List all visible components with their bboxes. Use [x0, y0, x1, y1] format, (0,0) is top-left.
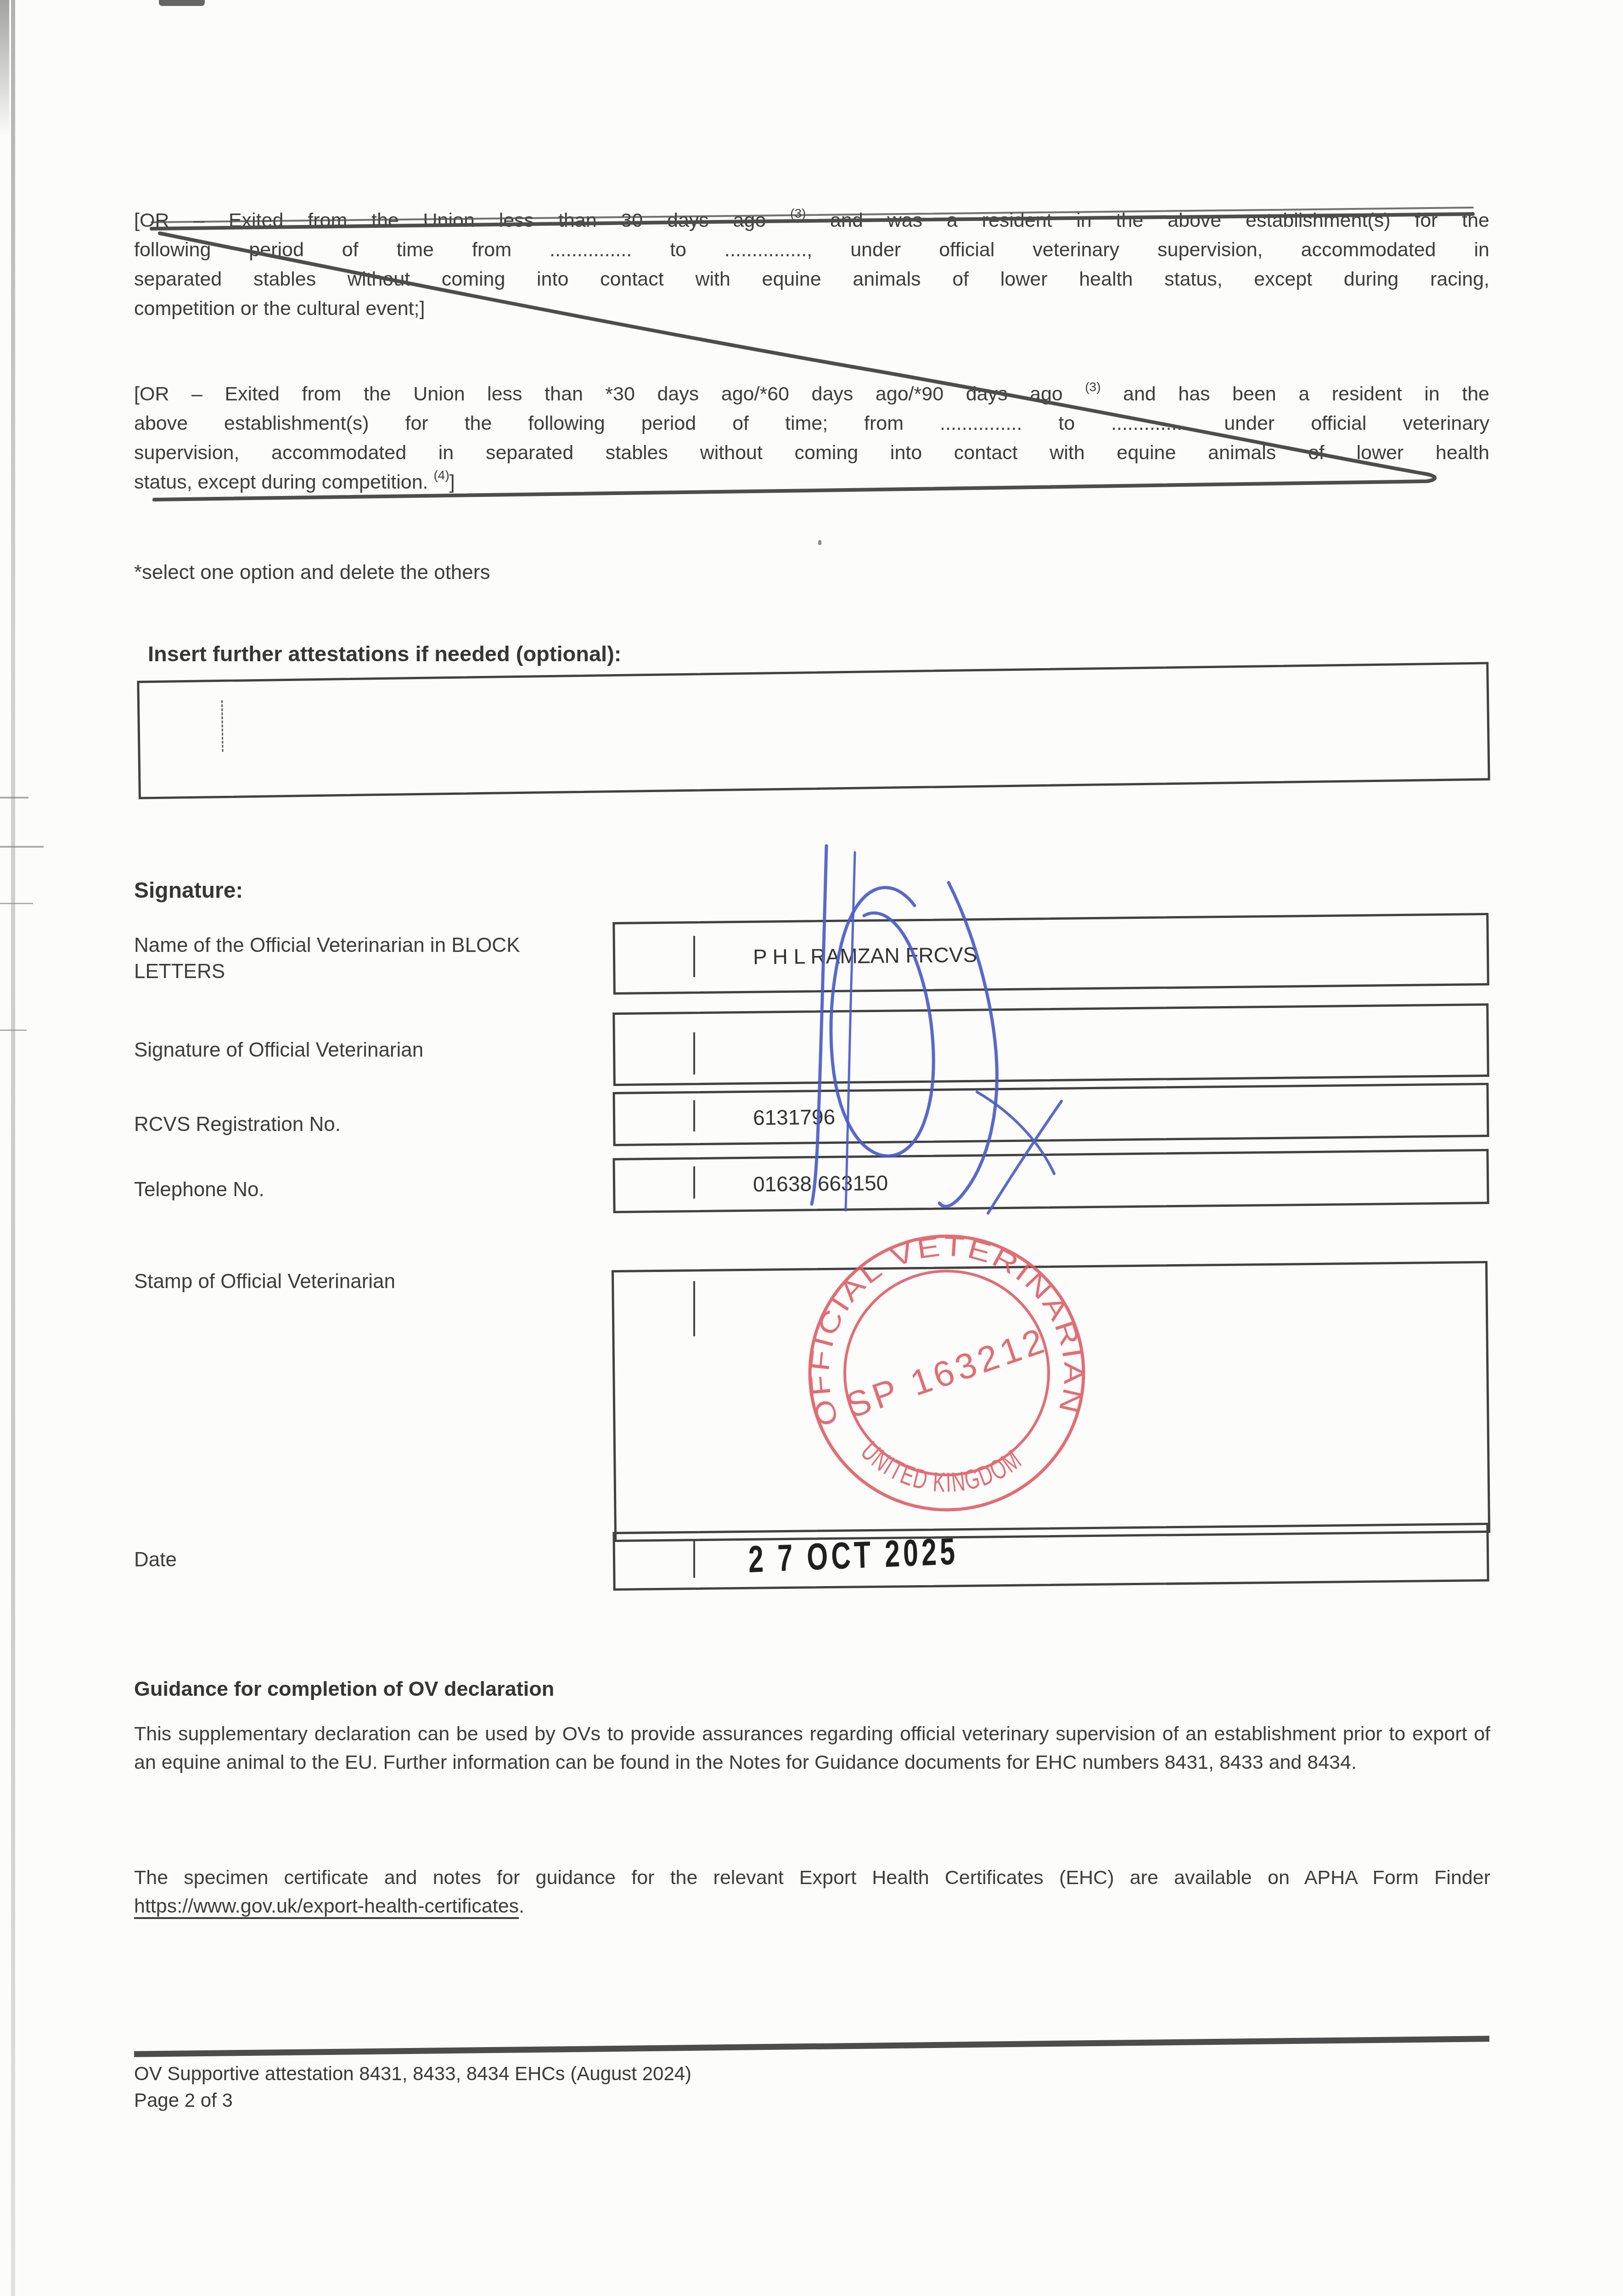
scanned-ov-declaration-page: [OR – Exited from the Union less than 30…: [0, 0, 1623, 2296]
field-box-signature[interactable]: [612, 1003, 1489, 1086]
scan-top-smudge: [159, 0, 205, 6]
scan-edge-mark: [0, 1030, 27, 1031]
footnote-ref-3: (3): [1085, 380, 1101, 394]
footer-rule: [134, 2036, 1489, 2057]
signature-section-heading: Signature:: [134, 878, 243, 903]
footnote-ref-4: (4): [434, 468, 449, 482]
pen-annotations-overlay: OFFICIAL VETERINARIAN UNITED KINGDOM SP …: [0, 0, 1623, 2296]
footer-page-number: Page 2 of 3: [134, 2089, 233, 2111]
footer-document-title: OV Supportive attestation 8431, 8433, 84…: [134, 2063, 691, 2085]
scan-edge-shadow: [11, 0, 15, 2296]
paragraph-line: [OR – Exited from the Union less than *3…: [134, 379, 1489, 409]
field-box-stamp[interactable]: [612, 1261, 1490, 1542]
paragraph-line: [OR – Exited from the Union less than 30…: [134, 206, 1489, 235]
field-box-rcvs[interactable]: 6131796: [612, 1083, 1489, 1146]
scan-edge-mark: [0, 903, 33, 904]
scan-corner-shade: [0, 0, 9, 138]
field-value-rcvs: 6131796: [753, 1104, 836, 1130]
date-stamp-value: 2 7 OCT 2025: [748, 1530, 959, 1581]
further-attestations-heading: Insert further attestations if needed (o…: [148, 641, 621, 666]
field-label-signature: Signature of Official Veterinarian: [134, 1037, 612, 1063]
footnote-ref-3: (3): [790, 206, 806, 220]
guidance-paragraph-2: The specimen certificate and notes for g…: [134, 1863, 1490, 1920]
field-label-rcvs: RCVS Registration No.: [134, 1111, 612, 1137]
field-value-telephone: 01638 663150: [753, 1171, 888, 1197]
further-attestations-box[interactable]: [137, 662, 1490, 799]
paragraph-line: following period of time from ..........…: [134, 235, 1489, 264]
guidance-paragraph-1: This supplementary declaration can be us…: [134, 1720, 1490, 1777]
option-paragraph-2: [OR – Exited from the Union less than *3…: [134, 379, 1489, 497]
paragraph-line: status, except during competition. (4)]: [134, 467, 1489, 497]
paragraph-line: competition or the cultural event;]: [134, 294, 1489, 323]
scan-edge-mark: [0, 846, 44, 848]
scan-speck: [818, 540, 821, 545]
field-box-name[interactable]: P H L RAMZAN FRCVS: [612, 913, 1489, 995]
field-box-date[interactable]: 2 7 OCT 2025: [612, 1523, 1489, 1591]
field-label-name: Name of the Official Veterinarian in BLO…: [134, 932, 612, 985]
apha-form-finder-link[interactable]: https://www.gov.uk/export-health-certifi…: [134, 1895, 519, 1917]
cursor-tick-mark: [221, 700, 224, 752]
paragraph-line: separated stables without coming into co…: [134, 264, 1489, 294]
field-label-date: Date: [134, 1547, 612, 1573]
field-box-telephone[interactable]: 01638 663150: [612, 1149, 1489, 1213]
guidance-heading: Guidance for completion of OV declaratio…: [134, 1677, 554, 1701]
paragraph-line: above establishment(s) for the following…: [134, 409, 1489, 438]
select-option-note: *select one option and delete the others: [134, 561, 490, 584]
field-label-telephone: Telephone No.: [134, 1176, 612, 1203]
scan-edge-mark: [0, 797, 28, 799]
field-label-stamp: Stamp of Official Veterinarian: [134, 1268, 612, 1294]
field-value-name: P H L RAMZAN FRCVS: [753, 942, 977, 969]
paragraph-line: supervision, accommodated in separated s…: [134, 438, 1489, 467]
option-paragraph-1: [OR – Exited from the Union less than 30…: [134, 206, 1489, 323]
